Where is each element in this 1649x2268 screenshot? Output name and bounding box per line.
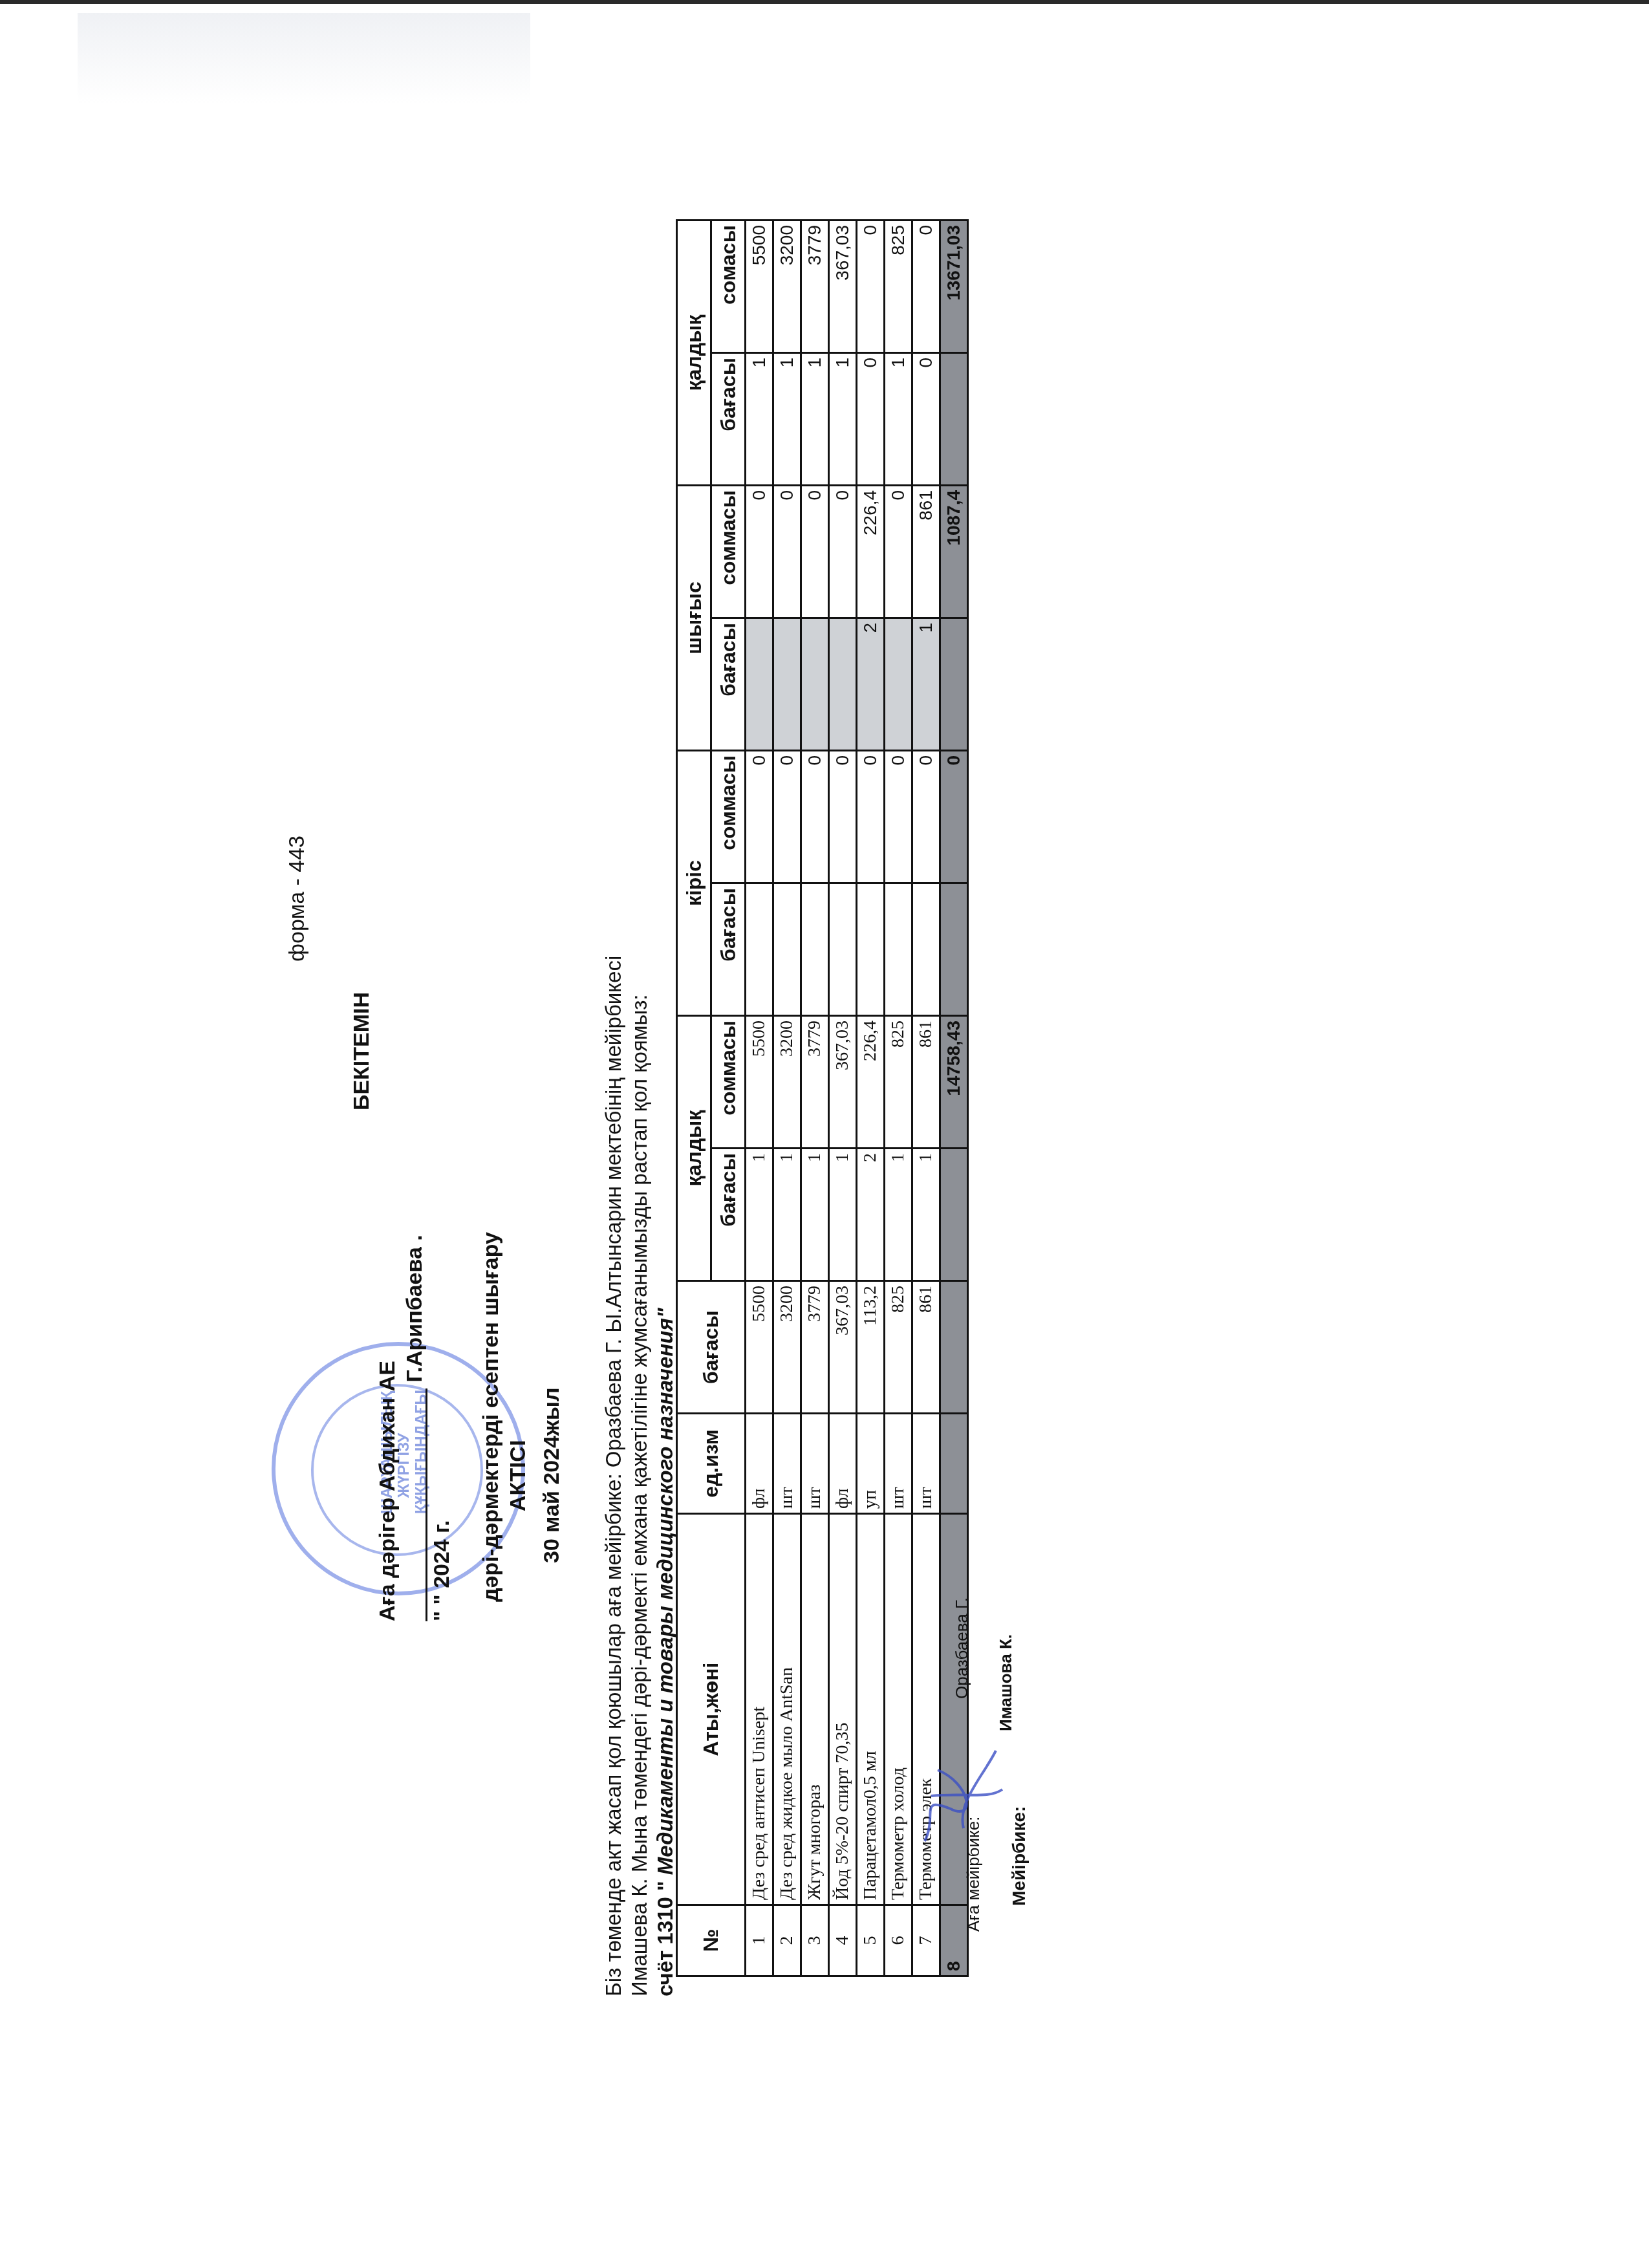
income-qty: [746, 883, 773, 1016]
item-price: 5500: [746, 1281, 773, 1414]
document-title: дәрі-дәрмектерді есептен шығару: [479, 1232, 504, 1602]
document-page: БЕКІТЕМІН форма - 443 ШАРУАШЫЛЫҚ ЖҮРГІЗУ…: [0, 0, 1649, 2268]
col-bal-sum: соммасы: [711, 1016, 746, 1149]
opening-qty: 1: [773, 1149, 801, 1281]
item-price: 367,03: [829, 1281, 857, 1414]
expense-sum: 0: [773, 486, 801, 618]
income-sum: 0: [746, 751, 773, 883]
account-prefix: счёт 1310 ": [653, 1881, 677, 1996]
item-unit: фл: [746, 1414, 773, 1514]
expense-sum: 226,4: [857, 486, 885, 618]
row-no: 7: [912, 1905, 940, 1976]
item-unit: шт: [885, 1414, 912, 1514]
expense-qty: [885, 618, 912, 751]
closing-sum: 0: [857, 221, 885, 353]
table-row: 5Парацетамол0,5 млуп113,22226,402226,400: [857, 221, 885, 1976]
expense-qty: [773, 618, 801, 751]
col-unit: ед.изм: [677, 1414, 746, 1514]
row-no: 6: [885, 1905, 912, 1976]
writeoff-table: № Аты,жөні ед.изм бағасы қалдық кіріс шы…: [676, 219, 969, 1977]
approval-date: " " 2024 г.: [429, 1520, 455, 1621]
approve-heading: БЕКІТЕМІН: [349, 992, 374, 1110]
opening-sum: 367,03: [829, 1016, 857, 1149]
col-in-qty: бағасы: [711, 883, 746, 1016]
expense-qty: [746, 618, 773, 751]
item-price: 825: [885, 1281, 912, 1414]
total-bal-sum: 14758,43: [940, 1016, 968, 1149]
closing-sum: 0: [912, 221, 940, 353]
nurse-name: Имашова К.: [996, 1634, 1016, 1731]
income-sum: 0: [857, 751, 885, 883]
account-line: счёт 1310 " Медикаменты и товары медицин…: [653, 1308, 678, 1996]
table-row: 2Дез сред жидкое мыло AntSanшт3200132000…: [773, 221, 801, 1976]
item-unit: шт: [912, 1414, 940, 1514]
expense-qty: 2: [857, 618, 885, 751]
closing-qty: 1: [801, 353, 829, 486]
expense-qty: [829, 618, 857, 751]
income-sum: 0: [801, 751, 829, 883]
signature-mark: [912, 1744, 1009, 1854]
table-row: 1Дез сред антисеп Uniseptфл5500155000015…: [746, 221, 773, 1976]
opening-sum: 226,4: [857, 1016, 885, 1149]
closing-qty: 1: [773, 353, 801, 486]
total-end-sum: 13671,03: [940, 221, 968, 353]
income-sum: 0: [885, 751, 912, 883]
closing-qty: 1: [885, 353, 912, 486]
opening-qty: 1: [885, 1149, 912, 1281]
income-sum: 0: [773, 751, 801, 883]
col-end-sum: сомасы: [711, 221, 746, 353]
approver-signature-line: Г.Арипбаева .: [402, 1235, 427, 1621]
closing-sum: 3200: [773, 221, 801, 353]
expense-sum: 861: [912, 486, 940, 618]
opening-sum: 5500: [746, 1016, 773, 1149]
nurse-label: Мейірбике:: [1009, 1806, 1029, 1906]
table-row: 3Жгут многоразшт3779137790013779: [801, 221, 829, 1976]
income-qty: [885, 883, 912, 1016]
approver-secondary: Г.Арипбаева .: [402, 1235, 427, 1382]
income-sum: 0: [912, 751, 940, 883]
document-subtitle: АКТІСІ: [506, 1440, 531, 1511]
total-in-sum: 0: [940, 751, 968, 883]
item-unit: фл: [829, 1414, 857, 1514]
group-closing-balance: қалдық: [677, 221, 711, 486]
closing-sum: 367,03: [829, 221, 857, 353]
item-name: Йод 5%-20 спирт 70,35: [829, 1514, 857, 1905]
account-name: Медикаменты и товары медицинского назнач…: [653, 1308, 677, 1881]
item-price: 113,2: [857, 1281, 885, 1414]
item-unit: шт: [773, 1414, 801, 1514]
expense-sum: 0: [746, 486, 773, 618]
total-out-sum: 1087,4: [940, 486, 968, 618]
form-number: форма - 443: [285, 836, 310, 962]
expense-qty: [801, 618, 829, 751]
item-name: Парацетамол0,5 мл: [857, 1514, 885, 1905]
head-nurse-label: Аға мейірбике:: [964, 1817, 984, 1932]
col-no: №: [677, 1905, 746, 1976]
row-no: 4: [829, 1905, 857, 1976]
item-unit: уп: [857, 1414, 885, 1514]
item-name: Дез сред антисеп Unisept: [746, 1514, 773, 1905]
opening-sum: 825: [885, 1016, 912, 1149]
col-out-sum: соммасы: [711, 486, 746, 618]
item-name: Термометр холод: [885, 1514, 912, 1905]
col-bal-qty: бағасы: [711, 1149, 746, 1281]
opening-sum: 3779: [801, 1016, 829, 1149]
closing-qty: 0: [857, 353, 885, 486]
document-date: 30 май 2024жыл: [539, 1387, 565, 1563]
opening-qty: 1: [801, 1149, 829, 1281]
row-no: 2: [773, 1905, 801, 1976]
item-price: 3779: [801, 1281, 829, 1414]
opening-qty: 1: [746, 1149, 773, 1281]
opening-qty: 2: [857, 1149, 885, 1281]
col-out-qty: бағасы: [711, 618, 746, 751]
income-sum: 0: [829, 751, 857, 883]
row-no: 5: [857, 1905, 885, 1976]
opening-sum: 861: [912, 1016, 940, 1149]
closing-qty: 1: [746, 353, 773, 486]
expense-sum: 0: [801, 486, 829, 618]
income-qty: [773, 883, 801, 1016]
opening-qty: 1: [829, 1149, 857, 1281]
expense-sum: 0: [829, 486, 857, 618]
closing-sum: 3779: [801, 221, 829, 353]
expense-sum: 0: [885, 486, 912, 618]
opening-qty: 1: [912, 1149, 940, 1281]
table-row: 4Йод 5%-20 спирт 70,35фл367,031367,03001…: [829, 221, 857, 1976]
closing-sum: 5500: [746, 221, 773, 353]
row-no: 3: [801, 1905, 829, 1976]
approver-name: Аға дәрігер Абдихан АЕ: [375, 1361, 400, 1621]
closing-qty: 0: [912, 353, 940, 486]
intro-line-1: Біз төменде акт жасап қол қоюшылар аға м…: [601, 956, 626, 1996]
group-expense: шығыс: [677, 486, 711, 751]
col-price: бағасы: [677, 1281, 746, 1414]
item-name: Дез сред жидкое мыло AntSan: [773, 1514, 801, 1905]
signature-underline: [426, 1388, 427, 1621]
table-row: 7Термометр элекшт86118610186100: [912, 221, 940, 1976]
row-no: 1: [746, 1905, 773, 1976]
col-end-qty: бағасы: [711, 353, 746, 486]
total-row: 8 14758,43 0 1087,4 13671,03: [940, 221, 968, 1976]
table-row: 6Термометр холодшт8251825001825: [885, 221, 912, 1976]
head-nurse-name: Оразбаева Г.: [952, 1597, 972, 1699]
item-unit: шт: [801, 1414, 829, 1514]
intro-line-2: Имашева К. Мына төмендегі дәрі-дәрмекті …: [627, 994, 652, 1996]
closing-qty: 1: [829, 353, 857, 486]
opening-sum: 3200: [773, 1016, 801, 1149]
col-name: Аты,жөні: [677, 1514, 746, 1905]
expense-qty: 1: [912, 618, 940, 751]
income-qty: [829, 883, 857, 1016]
group-opening-balance: қалдық: [677, 1016, 711, 1281]
closing-sum: 825: [885, 221, 912, 353]
item-price: 3200: [773, 1281, 801, 1414]
group-income: кіріс: [677, 751, 711, 1016]
item-name: Жгут многораз: [801, 1514, 829, 1905]
income-qty: [857, 883, 885, 1016]
income-qty: [801, 883, 829, 1016]
col-in-sum: соммасы: [711, 751, 746, 883]
item-price: 861: [912, 1281, 940, 1414]
income-qty: [912, 883, 940, 1016]
